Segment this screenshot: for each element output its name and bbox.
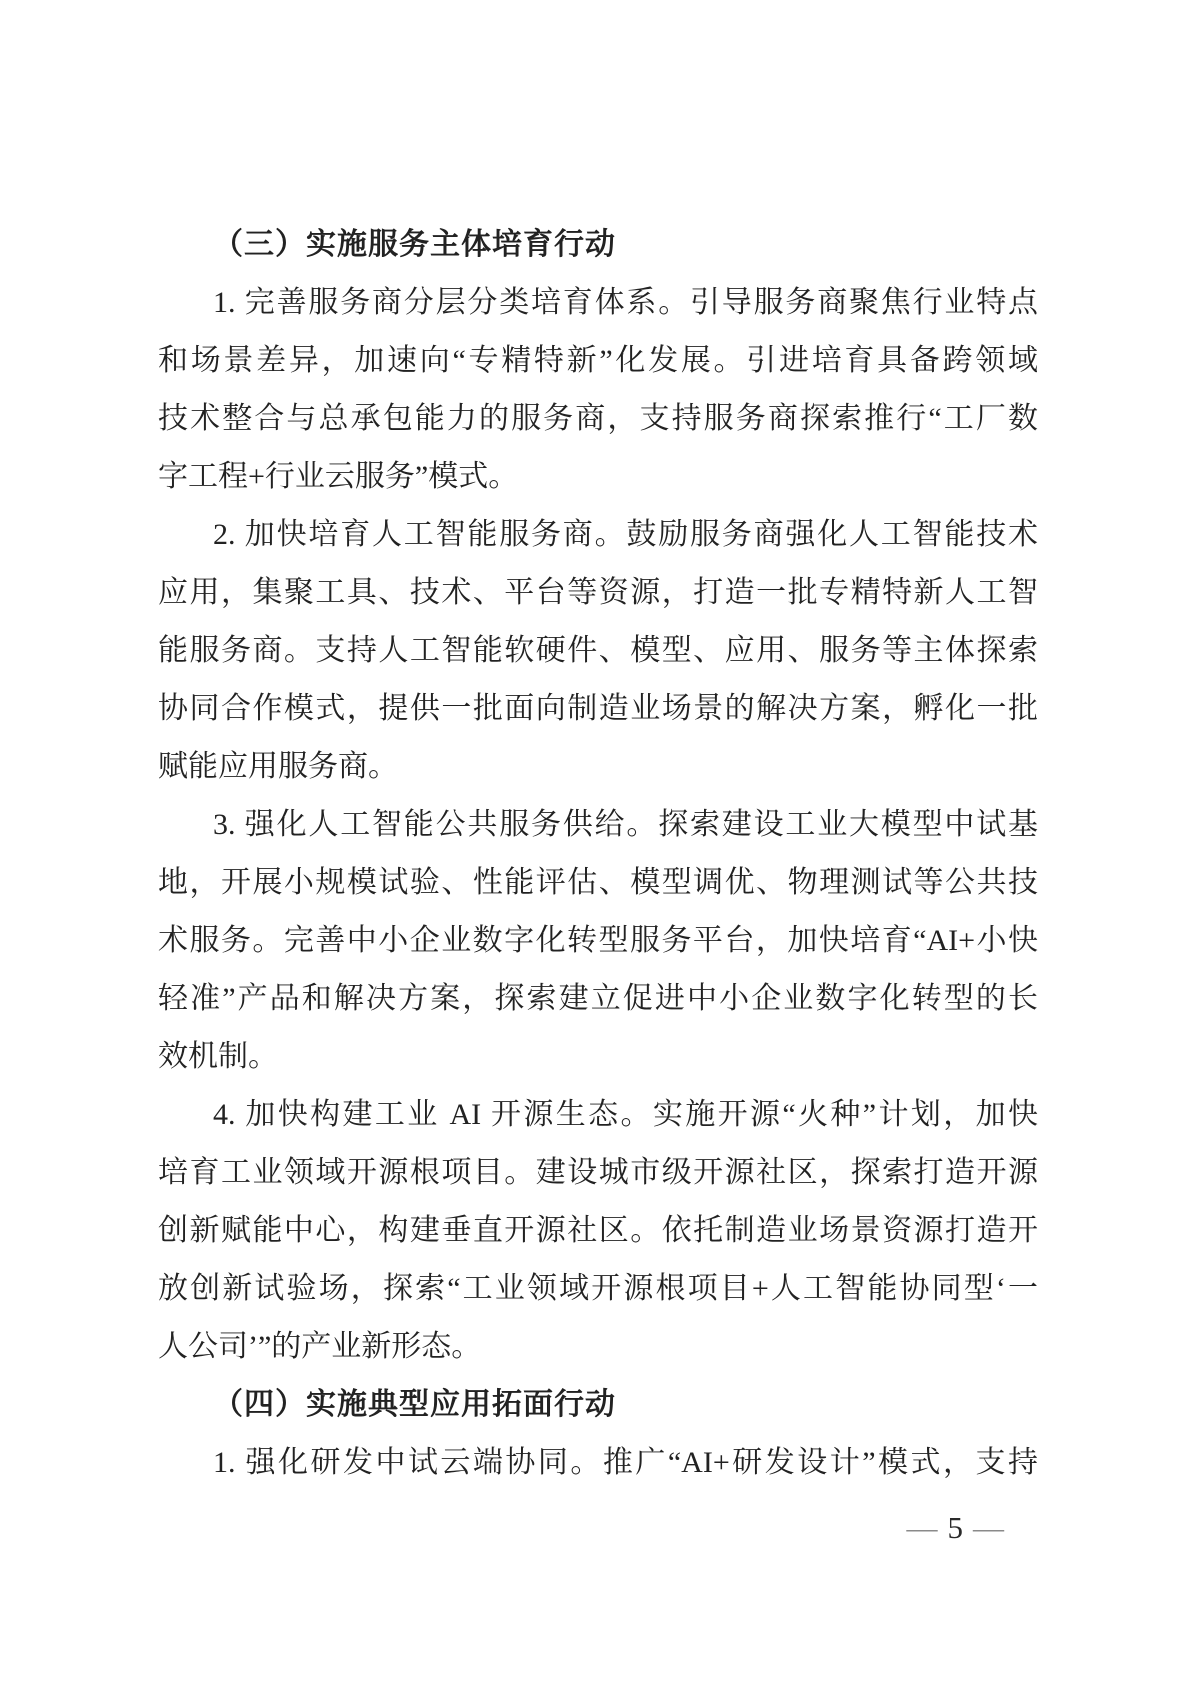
body-line: 能服务商。支持人工智能软硬件、模型、应用、服务等主体探索 xyxy=(158,622,1038,680)
body-line: 4. 加快构建工业 AI 开源生态。实施开源“火种”计划，加快 xyxy=(158,1086,1038,1144)
body-line: 地，开展小规模试验、性能评估、模型调优、物理测试等公共技 xyxy=(158,854,1038,912)
body-line: 字工程+行业云服务”模式。 xyxy=(158,448,1038,506)
body-line: 1. 完善服务商分层分类培育体系。引导服务商聚焦行业特点 xyxy=(158,274,1038,332)
page-footer: —5— xyxy=(907,1508,1005,1548)
body-line: 应用，集聚工具、技术、平台等资源，打造一批专精特新人工智 xyxy=(158,564,1038,622)
body-line: 人公司’”的产业新形态。 xyxy=(158,1318,1038,1376)
body-line: 1. 强化研发中试云端协同。推广“AI+研发设计”模式，支持 xyxy=(158,1434,1038,1492)
body-line: 创新赋能中心，构建垂直开源社区。依托制造业场景资源打造开 xyxy=(158,1202,1038,1260)
body-line: 和场景差异，加速向“专精特新”化发展。引进培育具备跨领域 xyxy=(158,332,1038,390)
document-page: （三）实施服务主体培育行动 1. 完善服务商分层分类培育体系。引导服务商聚焦行业… xyxy=(0,0,1190,1684)
body-line: 术服务。完善中小企业数字化转型服务平台，加快培育“AI+小快 xyxy=(158,912,1038,970)
section-heading-4: （四）实施典型应用拓面行动 xyxy=(158,1376,1038,1434)
body-line: 3. 强化人工智能公共服务供给。探索建设工业大模型中试基 xyxy=(158,796,1038,854)
body-line: 培育工业领域开源根项目。建设城市级开源社区，探索打造开源 xyxy=(158,1144,1038,1202)
footer-dash-left: — xyxy=(907,1510,938,1545)
document-body: （三）实施服务主体培育行动 1. 完善服务商分层分类培育体系。引导服务商聚焦行业… xyxy=(158,216,1038,1492)
page-number: 5 xyxy=(948,1510,964,1545)
body-line: 放创新试验场，探索“工业领域开源根项目+人工智能协同型‘一 xyxy=(158,1260,1038,1318)
body-line: 赋能应用服务商。 xyxy=(158,738,1038,796)
body-line: 协同合作模式，提供一批面向制造业场景的解决方案，孵化一批 xyxy=(158,680,1038,738)
body-line: 技术整合与总承包能力的服务商，支持服务商探索推行“工厂数 xyxy=(158,390,1038,448)
body-line: 2. 加快培育人工智能服务商。鼓励服务商强化人工智能技术 xyxy=(158,506,1038,564)
body-line: 轻准”产品和解决方案，探索建立促进中小企业数字化转型的长 xyxy=(158,970,1038,1028)
body-line: 效机制。 xyxy=(158,1028,1038,1086)
footer-dash-right: — xyxy=(973,1510,1004,1545)
section-heading-3: （三）实施服务主体培育行动 xyxy=(158,216,1038,274)
